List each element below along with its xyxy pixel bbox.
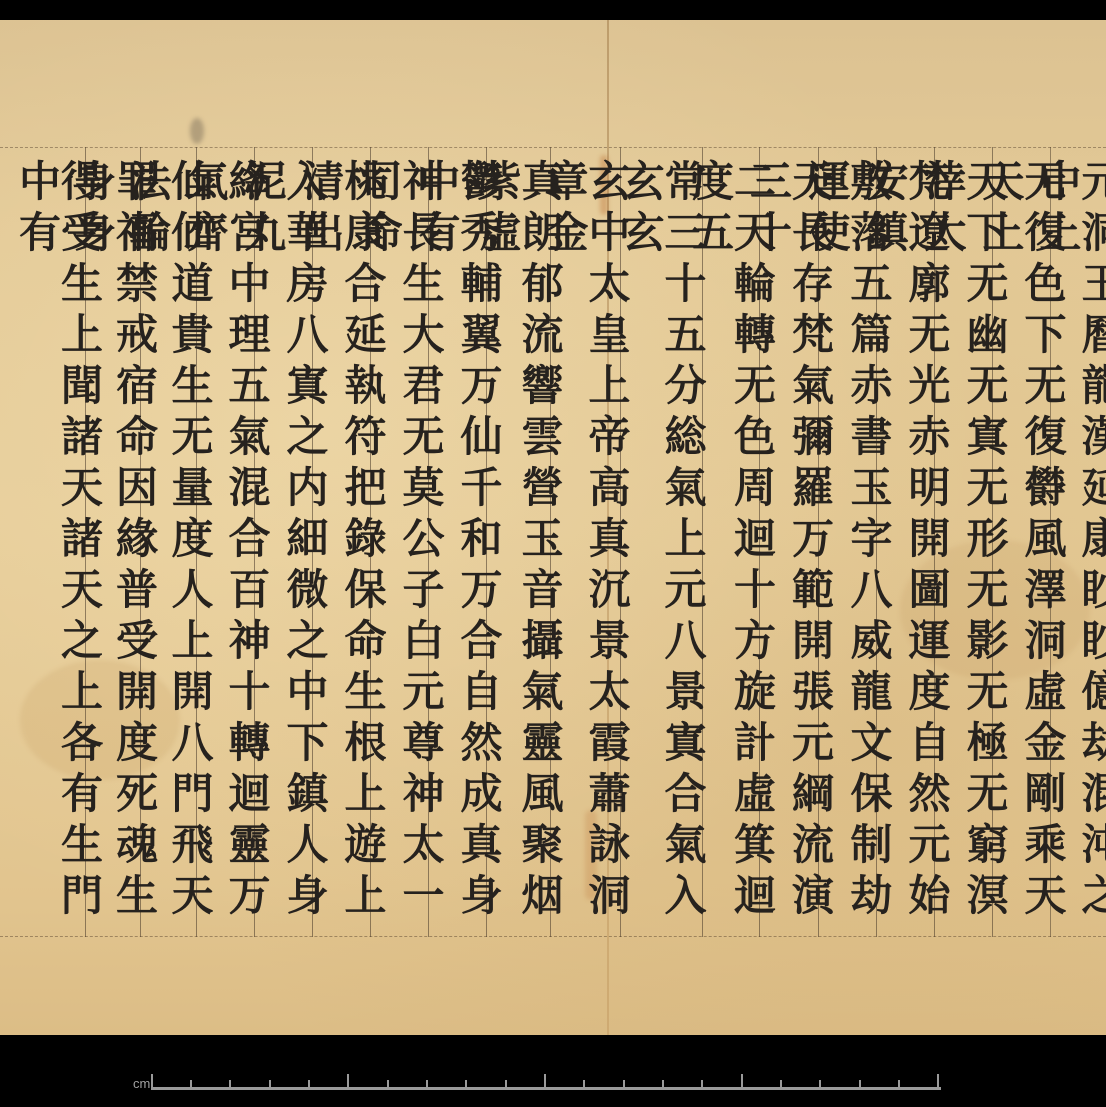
scale-ruler	[151, 1070, 941, 1090]
ruler-tick	[819, 1080, 821, 1090]
ruler-tick	[308, 1080, 310, 1090]
ruler-tick	[701, 1080, 703, 1090]
stain-mark	[190, 118, 204, 144]
text-column: 二天輪轉无色周迴十方旋計虛箕迴度五	[702, 147, 759, 937]
scale-bar: cm	[133, 1068, 941, 1090]
ruler-tick	[229, 1080, 231, 1090]
ruler-tick	[859, 1080, 861, 1090]
ruler-tick	[465, 1080, 467, 1090]
column-text: 常三十五分総氣上元八景寘合氣入玄玄	[620, 159, 704, 937]
ruler-tick	[269, 1080, 271, 1090]
ruler-tick	[662, 1080, 664, 1090]
ruler-tick	[190, 1080, 192, 1090]
ruler-tick	[505, 1080, 507, 1090]
text-column: 得受生上聞諸天諸天之上各有生門中有	[31, 147, 85, 937]
ruler-tick	[623, 1080, 625, 1090]
ruler-tick	[937, 1074, 939, 1090]
column-text: 得受生上聞諸天諸天之上各有生門中有	[16, 159, 100, 937]
ruler-tick	[741, 1074, 743, 1090]
ruler-tick	[426, 1080, 428, 1090]
ruler-tick	[387, 1080, 389, 1090]
ruler-tick	[583, 1080, 585, 1090]
text-columns: 元洞玉曆龍漢延康眇眇億劫混沌之中上 无復色下无復欎風澤洞虛金剛乘天天上 天下无幽…	[31, 147, 1106, 937]
ruler-tick	[780, 1080, 782, 1090]
text-column: 常三十五分総氣上元八景寘合氣入玄玄	[620, 147, 702, 937]
ruler-tick	[151, 1074, 153, 1090]
ruler-tick	[898, 1080, 900, 1090]
scale-unit-label: cm	[133, 1077, 150, 1090]
ruler-tick	[347, 1074, 349, 1090]
ruler-tick	[544, 1074, 546, 1090]
